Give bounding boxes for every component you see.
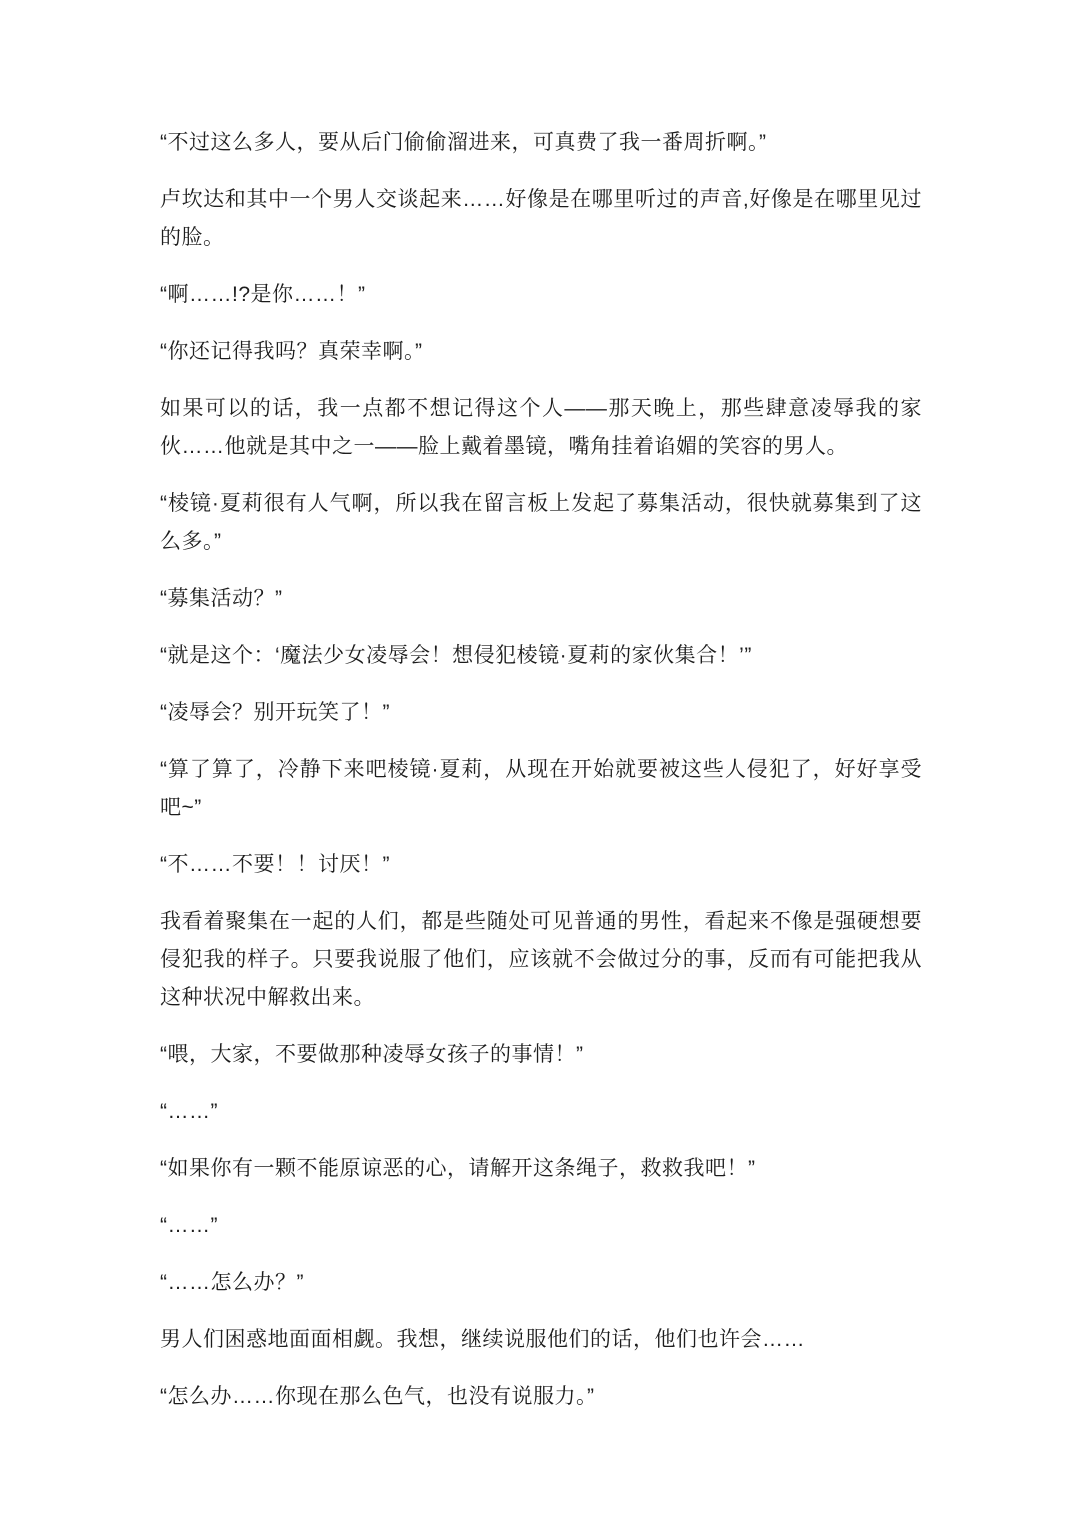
text-column: “不过这么多人，要从后门偷偷溜进来，可真费了我一番周折啊。” 卢坎达和其中一个男… (0, 0, 1080, 1416)
paragraph-dialogue: “……” (160, 1207, 922, 1245)
paragraph-dialogue: “棱镜·夏莉很有人气啊，所以我在留言板上发起了募集活动，很快就募集到了这么多。” (160, 485, 922, 561)
paragraph-dialogue: “……” (160, 1093, 922, 1131)
paragraph-narration: 男人们困惑地面面相觑。我想，继续说服他们的话，他们也许会…… (160, 1321, 922, 1359)
paragraph-dialogue: “不……不要！！讨厌！” (160, 846, 922, 884)
paragraph-dialogue: “啊……!?是你……！” (160, 276, 922, 314)
paragraph-dialogue: “募集活动？” (160, 580, 922, 618)
paragraph-dialogue: “算了算了，冷静下来吧棱镜·夏莉，从现在开始就要被这些人侵犯了，好好享受吧~” (160, 751, 922, 827)
paragraph-dialogue: “如果你有一颗不能原谅恶的心，请解开这条绳子，救救我吧！” (160, 1150, 922, 1188)
paragraph-dialogue: “凌辱会？别开玩笑了！” (160, 694, 922, 732)
document-page: “不过这么多人，要从后门偷偷溜进来，可真费了我一番周折啊。” 卢坎达和其中一个男… (0, 0, 1080, 1528)
paragraph-dialogue: “就是这个：‘魔法少女凌辱会！想侵犯棱镜·夏莉的家伙集合！’” (160, 637, 922, 675)
paragraph-dialogue: “不过这么多人，要从后门偷偷溜进来，可真费了我一番周折啊。” (160, 124, 922, 162)
paragraph-dialogue: “你还记得我吗？真荣幸啊。” (160, 333, 922, 371)
paragraph-dialogue: “……怎么办？” (160, 1264, 922, 1302)
paragraph-narration: 卢坎达和其中一个男人交谈起来……好像是在哪里听过的声音,好像是在哪里见过的脸。 (160, 181, 922, 257)
paragraph-narration: 我看着聚集在一起的人们，都是些随处可见普通的男性，看起来不像是强硬想要侵犯我的样… (160, 903, 922, 1017)
paragraph-dialogue: “喂，大家，不要做那种凌辱女孩子的事情！” (160, 1036, 922, 1074)
paragraph-narration: 如果可以的话，我一点都不想记得这个人——那天晚上，那些肆意凌辱我的家伙……他就是… (160, 390, 922, 466)
paragraph-dialogue: “怎么办……你现在那么色气，也没有说服力。” (160, 1378, 922, 1416)
